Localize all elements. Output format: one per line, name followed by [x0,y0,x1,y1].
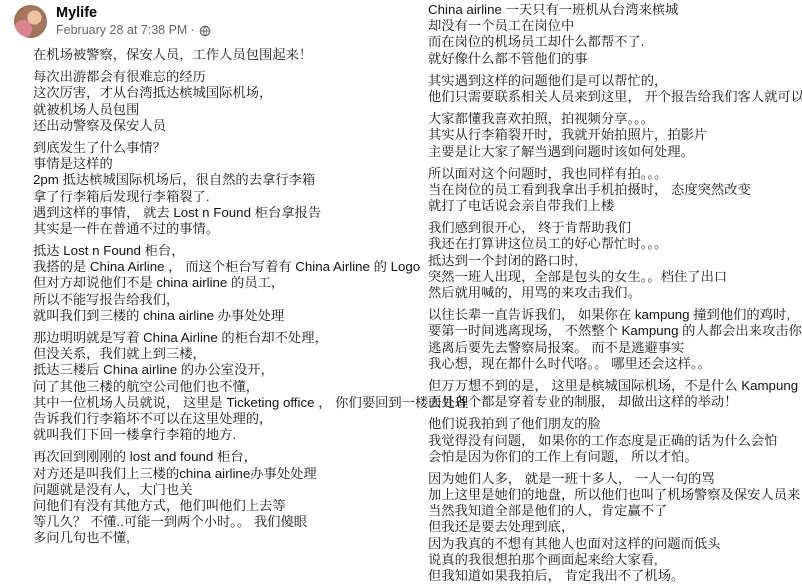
post-text-line: 但我知道如果我拍后， 肯定我出不了机场。 [428,568,802,584]
post-text-line: 当然我知道全部是他们的人，肯定赢不了 [428,503,802,519]
post-text-line: 因为我真的不想有其他人也面对这样的问题而低头 [428,536,802,552]
post-text-line: 所以不能写报告给我们， [33,292,468,308]
post-text-line: 其实遇到这样的问题他们是可以帮忙的， [428,73,802,89]
post-text-line: 遇到这样的事情， 就去 Lost n Found 柜台拿报告 [33,205,468,221]
post-text-line: 就打了电话说会亲自带我们上楼 [428,198,802,214]
post-text-line: 我们感到很开心， 终于肯帮助我们 [428,220,802,236]
post-text-line: 而在岗位的机场员工却什么都帮不了. [428,34,802,50]
post-text-line: 会怕是因为你们的工作上有问题， 所以才怕。 [428,449,802,465]
post-text-line: 在机场被警察，保安人员，工作人员包围起来！ [33,47,468,63]
post-text-line: 那边明明就是写着 China Airline 的柜台却不处理， [33,330,468,346]
post-text-line: 我还在打算讲这位员工的好心帮忙时。。。 [428,236,802,252]
post-text-line: 就好像什么都不管他们的事 [428,51,802,67]
post-header-text: Mylife February 28 at 7:38 PM · [56,4,211,39]
post-paragraph: 再次回到刚刚的 lost and found 柜台，对方还是叫我们上三楼的chi… [33,449,468,546]
post-text-line: 事情是这样的 [33,156,468,172]
post-paragraph: 我们感到很开心， 终于肯帮助我们我还在打算讲这位员工的好心帮忙时。。。抵达到一个… [428,220,802,301]
post-text-line: 然后就用喊的，用骂的来攻击我们。 [428,285,802,301]
post-text-column-left: 在机场被警察，保安人员，工作人员包围起来！每次出游都会有很难忘的经历这次厉害，才… [33,47,468,552]
post-paragraph: 那边明明就是写着 China Airline 的柜台却不处理，但没关系，我们就上… [33,330,468,443]
meta-separator: · [190,23,194,39]
post-paragraph: 以往长辈一直告诉我们， 如果你在 kampung 撞到他们的鸡时,要第一时间逃离… [428,307,802,372]
post-text-line: 而且各个都是穿着专业的制服， 却做出这样的举动！ [428,394,802,410]
post-text-line: 多问几句也不懂, [33,530,468,546]
post-text-line: 但我还是要去处理到底， [428,519,802,535]
post-paragraph: 大家都懂我喜欢拍照，拍视频分享。。。其实从行李箱裂开时，我就开始拍照片，拍影片主… [428,111,802,160]
post-text-line: 加上这里是她们的地盘，所以他们也叫了机场警察及保安人员来 [428,487,802,503]
post-text-column-right: China airline 一天只有一班机从台湾来槟城却没有一个员工在岗位中而在… [428,2,802,585]
post-text-line: 对方还是叫我们上三楼的china airline办事处处理 [33,466,468,482]
post-meta: February 28 at 7:38 PM · [56,23,211,39]
post-paragraph: 抵达 Lost n Found 柜台，我搭的是 China Airline ， … [33,243,468,324]
post-paragraph: 所以面对这个问题时，我也同样有拍。。。当在岗位的员工看到我拿出手机拍摄时， 态度… [428,166,802,215]
post-text-line: 所以面对这个问题时，我也同样有拍。。。 [428,166,802,182]
post-text-line: 要第一时间逃离现场， 不然整个 Kampung 的人都会出来攻击你 [428,323,802,339]
post-text-line: 当在岗位的员工看到我拿出手机拍摄时， 态度突然改变 [428,182,802,198]
post-text-line: 我觉得没有问题， 如果你的工作态度是正确的话为什么会怕 [428,433,802,449]
post-text-line: 2pm 抵达槟城国际机场后，很自然的去拿行李箱 [33,172,468,188]
post-text-line: 就叫我们到三楼的 china airline 办事处处理 [33,308,468,324]
post-text-line: 问题就是没有人，大门也关 [33,482,468,498]
post-text-line: 他们只需要联系相关人员来到这里， 开个报告给我们客人就可以了 [428,89,802,105]
post-text-line: 其实是一件在普通不过的事情。 [33,221,468,237]
post-text-line: 因为她们人多， 就是一班十多人， 一人一句的骂 [428,471,802,487]
post-text-line: 我搭的是 China Airline ， 而这个柜台写着有 China Airl… [33,259,468,275]
post-text-line: 就被机场人员包围 [33,102,468,118]
post-text-line: 突然一班人出现，全部是包头的女生。。档住了出口 [428,269,802,285]
post-text-line: 再次回到刚刚的 lost and found 柜台， [33,449,468,465]
post-text-line: 告诉我们行李箱坏不可以在这里处理的， [33,411,468,427]
post-text-line: 其实从行李箱裂开时，我就开始拍照片，拍影片 [428,127,802,143]
post-paragraph: 其实遇到这样的问题他们是可以帮忙的，他们只需要联系相关人员来到这里， 开个报告给… [428,73,802,105]
post-text-line: 问了其他三楼的航空公司他们也不懂， [33,379,468,395]
author-name[interactable]: Mylife [56,4,211,22]
post-text-line: 等几久？ 不懂..可能一到两个小时。。 我们傻眼 [33,514,468,530]
profile-avatar[interactable] [14,5,47,38]
post-text-line: 但没关系，我们就上到三楼， [33,346,468,362]
post-paragraph: 到底发生了什么事情？事情是这样的2pm 抵达槟城国际机场后，很自然的去拿行李箱拿… [33,140,468,237]
post-text-line: 每次出游都会有很难忘的经历 [33,69,468,85]
post-text-line: 我心想，现在都什么时代咯。。 哪里还会这样。。 [428,356,802,372]
post-timestamp[interactable]: February 28 at 7:38 PM [56,23,187,39]
post-text-line: 却没有一个员工在岗位中 [428,18,802,34]
post-text-line: 其中一位机场人员就说， 这里是 Ticketing office ， 你们要回到… [33,395,468,411]
post-paragraph: 他们说我拍到了他们朋友的脸我觉得没有问题， 如果你的工作态度是正确的话为什么会怕… [428,416,802,465]
post-text-line: 拿了行李箱后发现行李箱裂了. [33,189,468,205]
post-text-line: 说真的我很想拍那个画面起来给大家看, [428,552,802,568]
post-text-line: 他们说我拍到了他们朋友的脸 [428,416,802,432]
post-paragraph: China airline 一天只有一班机从台湾来槟城却没有一个员工在岗位中而在… [428,2,802,67]
post-text-line: 抵达 Lost n Found 柜台， [33,243,468,259]
post-text-line: 大家都懂我喜欢拍照，拍视频分享。。。 [428,111,802,127]
post-paragraph: 在机场被警察，保安人员，工作人员包围起来！ [33,47,468,63]
post-paragraph: 但万万想不到的是， 这里是槟城国际机场，不是什么 Kampung而且各个都是穿着… [428,378,802,410]
post-text-line: 到底发生了什么事情？ [33,140,468,156]
post-text-line: 以往长辈一直告诉我们， 如果你在 kampung 撞到他们的鸡时, [428,307,802,323]
post-text-line: 逃离后要先去警察局报案。 而不是逃避事实 [428,340,802,356]
post-text-line: 但万万想不到的是， 这里是槟城国际机场，不是什么 Kampung [428,378,802,394]
post-header: Mylife February 28 at 7:38 PM · [14,4,211,39]
post-text-line: 就叫我们下回一楼拿行李箱的地方. [33,427,468,443]
post-text-line: 还出动警察及保安人员 [33,118,468,134]
post-text-line: 但对方却说他们不是 china airline 的员工， [33,275,468,291]
post-text-line: 问他们有没有其他方式，他们叫他们上去等 [33,498,468,514]
post-text-line: 这次厉害，才从台湾抵达槟城国际机场， [33,85,468,101]
post-text-line: 抵达到一个封闭的路口时, [428,253,802,269]
post-text-line: China airline 一天只有一班机从台湾来槟城 [428,2,802,18]
post-text-line: 抵达三楼后 China airline 的办公室没开， [33,362,468,378]
post-paragraph: 每次出游都会有很难忘的经历这次厉害，才从台湾抵达槟城国际机场，就被机场人员包围还… [33,69,468,134]
globe-icon [199,25,211,37]
post-paragraph: 因为她们人多， 就是一班十多人， 一人一句的骂加上这里是她们的地盘，所以他们也叫… [428,471,802,584]
post-text-line: 主要是让大家了解当遇到问题时该如何处理。 [428,144,802,160]
